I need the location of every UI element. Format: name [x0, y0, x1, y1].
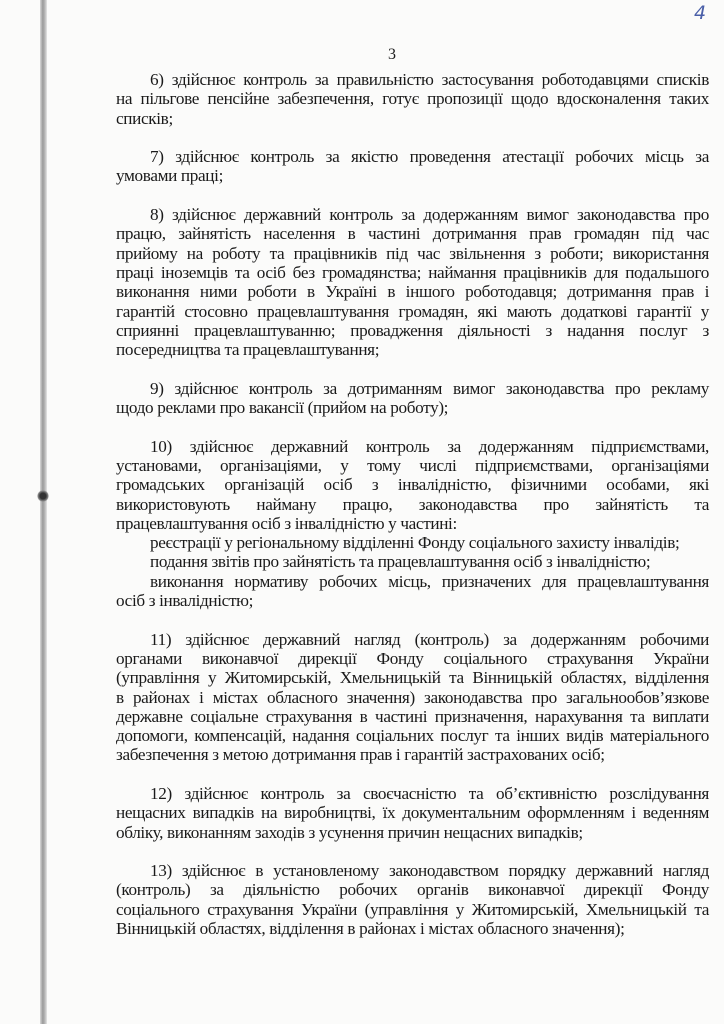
text-line: працевлаштування осіб з інвалідністю у ч…	[116, 514, 709, 533]
page-number: 3	[0, 46, 724, 64]
text-line: праці іноземців та осіб без громадянства…	[116, 263, 709, 282]
binder-edge	[40, 0, 47, 1024]
text-line: умовами праці;	[116, 166, 709, 185]
text-line: соціального страхування України (управлі…	[116, 900, 709, 919]
text-line: використовують найману працю, законодавс…	[116, 495, 709, 514]
text-line: 6) здійснює контроль за правильністю зас…	[116, 70, 709, 89]
text-line: працю, зайнятість населення в частині до…	[116, 224, 709, 243]
text-line: нещасних випадків на виробництві, їх док…	[116, 803, 709, 822]
text-line: громадських організацій осіб з інвалідні…	[116, 475, 709, 494]
text-line: допомоги, компенсацій, надання соціальни…	[116, 726, 709, 745]
text-line: обліку, виконанням заходів з усунення пр…	[116, 823, 709, 842]
text-line: 9) здійснює контроль за дотриманням вимо…	[116, 379, 709, 398]
sub-item: виконання нормативу робочих місць, призн…	[116, 572, 709, 591]
document-body: 6) здійснює контроль за правильністю зас…	[116, 70, 709, 958]
text-line: списків;	[116, 109, 709, 128]
text-line: 11) здійснює державний нагляд (контроль)…	[116, 630, 709, 649]
binder-hole	[37, 490, 49, 502]
text-line: Вінницькій областях, відділення в района…	[116, 919, 709, 938]
text-line: державне соціальне страхування в частині…	[116, 707, 709, 726]
text-line: 7) здійснює контроль за якістю проведенн…	[116, 147, 709, 166]
text-line: органами виконавчої дирекції Фонду соціа…	[116, 649, 709, 668]
text-line: (управління у Житомирській, Хмельницькій…	[116, 668, 709, 687]
paragraph-8: 8) здійснює державний контроль за додерж…	[116, 205, 709, 359]
text-line: забезпечення з метою дотримання прав і г…	[116, 745, 709, 764]
paragraph-7: 7) здійснює контроль за якістю проведенн…	[116, 147, 709, 186]
paragraph-13: 13) здійснює в установленому законодавст…	[116, 861, 709, 938]
text-line: 10) здійснює державний контроль за додер…	[116, 437, 709, 456]
paragraph-12: 12) здійснює контроль за своєчасністю та…	[116, 784, 709, 842]
text-line: 8) здійснює державний контроль за додерж…	[116, 205, 709, 224]
text-line: сприянні працевлаштуванню; провадження д…	[116, 321, 709, 340]
paragraph-10: 10) здійснює державний контроль за додер…	[116, 437, 709, 611]
text-line: посередництва та працевлаштування;	[116, 340, 709, 359]
text-line: установами, організаціями, у тому числі …	[116, 456, 709, 475]
sub-item: реєстрації у регіональному відділенні Фо…	[116, 533, 709, 552]
text-line: гарантій стосовно працевлаштування грома…	[116, 302, 709, 321]
handwritten-page-mark: 4	[694, 2, 706, 24]
text-line: виконання ними роботи в Україні в іншого…	[116, 282, 709, 301]
sub-item: осіб з інвалідністю;	[116, 591, 709, 610]
paragraph-9: 9) здійснює контроль за дотриманням вимо…	[116, 379, 709, 418]
paragraph-6: 6) здійснює контроль за правильністю зас…	[116, 70, 709, 128]
text-line: на пільгове пенсійне забезпечення, готує…	[116, 89, 709, 108]
paragraph-11: 11) здійснює державний нагляд (контроль)…	[116, 630, 709, 765]
text-line: в районах і містах обласного значення) з…	[116, 688, 709, 707]
sub-item: подання звітів про зайнятість та працевл…	[116, 552, 709, 571]
text-line: (контроль) за діяльністю робочих органів…	[116, 880, 709, 899]
text-line: щодо реклами про вакансії (прийом на роб…	[116, 398, 709, 417]
text-line: 12) здійснює контроль за своєчасністю та…	[116, 784, 709, 803]
text-line: прийому на роботу та працівників під час…	[116, 244, 709, 263]
text-line: 13) здійснює в установленому законодавст…	[116, 861, 709, 880]
